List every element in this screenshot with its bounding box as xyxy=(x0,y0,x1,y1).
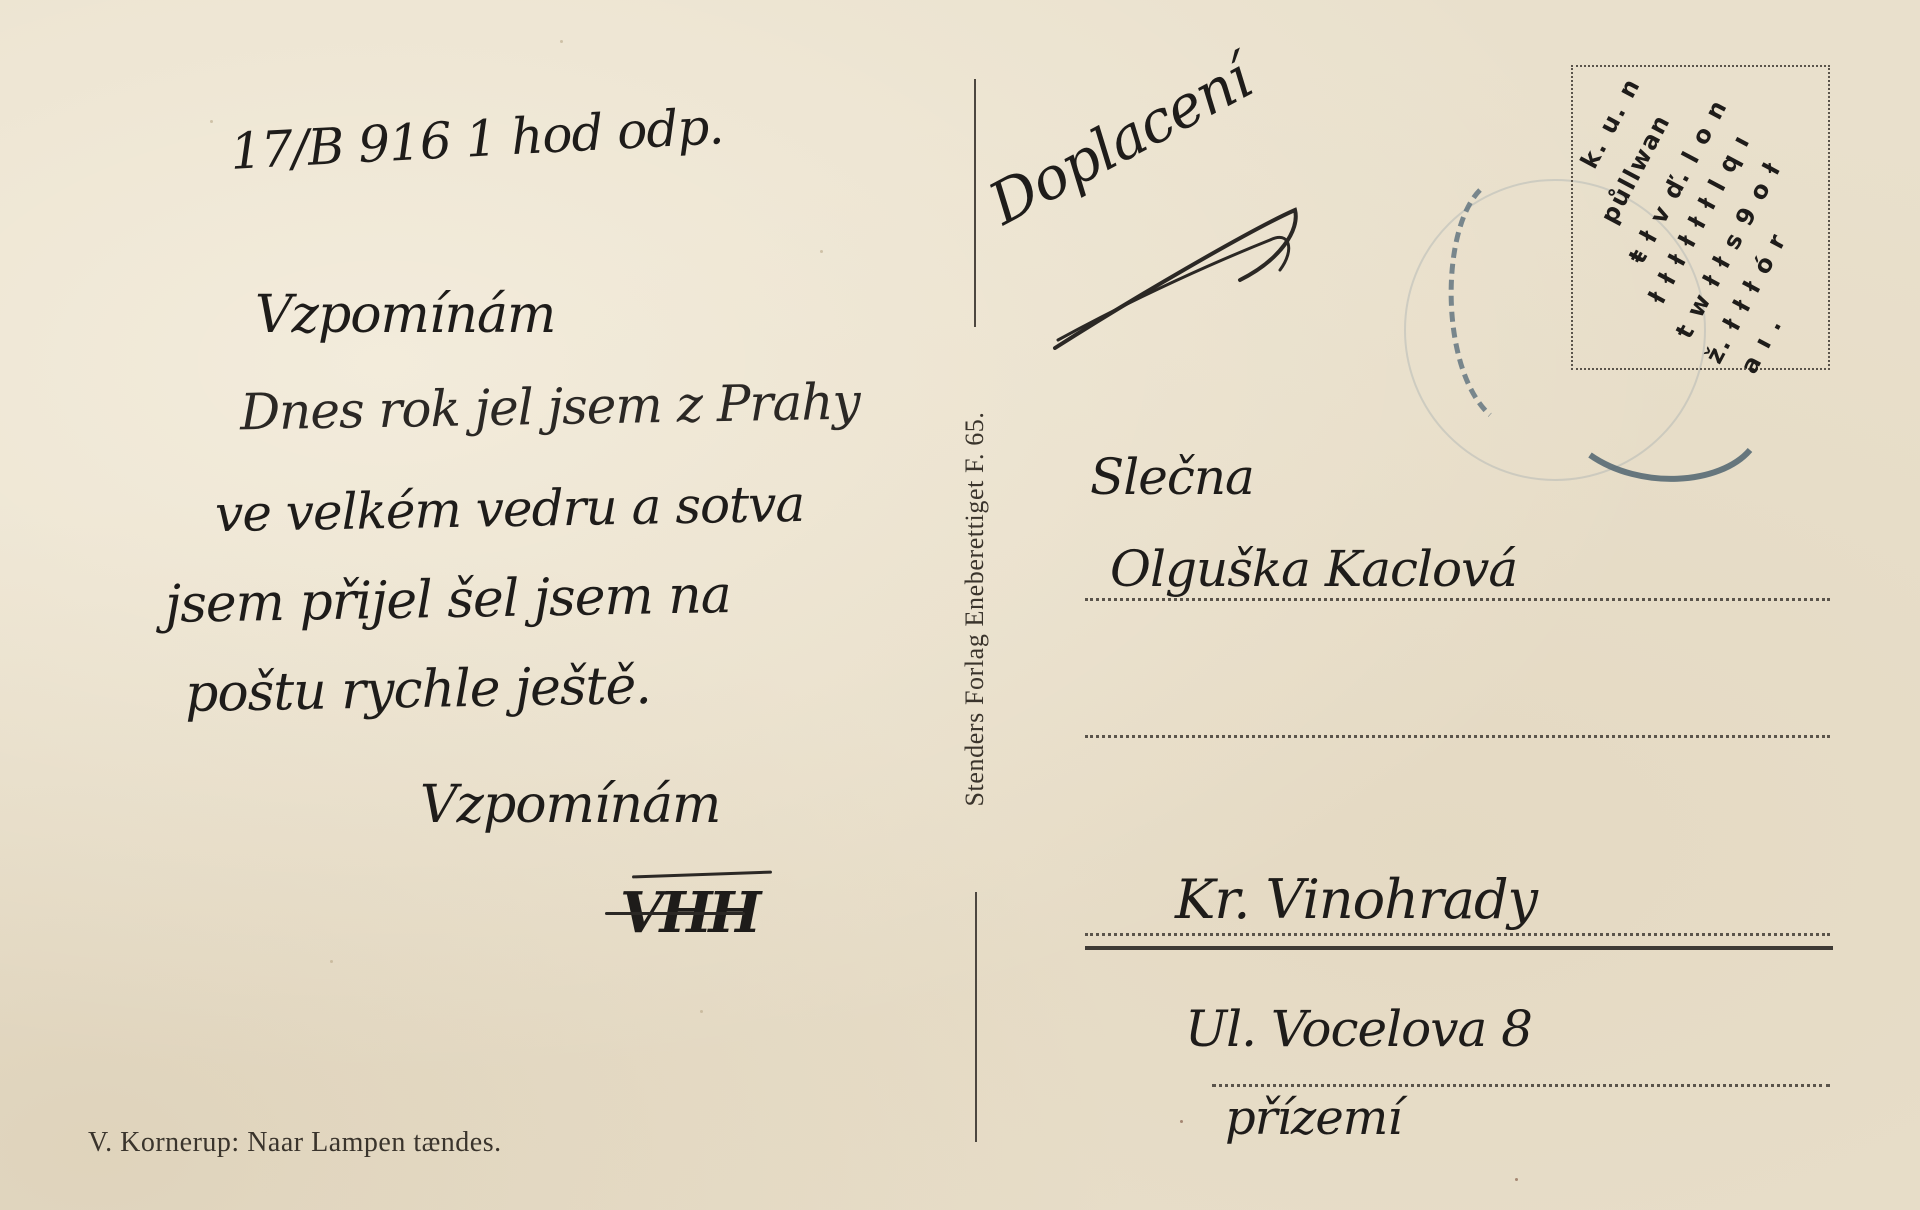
address-line xyxy=(1085,933,1830,936)
paper-speck xyxy=(210,120,213,123)
paper-speck xyxy=(700,1010,703,1013)
center-divider xyxy=(975,892,977,1142)
paper-speck xyxy=(1180,1120,1183,1123)
message-line-2: ve velkém vedru a sotva xyxy=(215,475,805,543)
message-closing: Vzpomínám xyxy=(420,775,720,835)
address-street: Ul. Vocelova 8 xyxy=(1185,1000,1532,1058)
message-line-4: poštu rychle ještě. xyxy=(185,656,652,724)
paper-speck xyxy=(1515,1178,1518,1181)
message-line-3: jsem přijel šel jsem na xyxy=(165,565,732,635)
message-line-1: Dnes rok jel jsem z Prahy xyxy=(240,373,861,442)
address-line xyxy=(1212,1084,1830,1087)
address-floor: přízemí xyxy=(1225,1090,1402,1146)
paper-speck xyxy=(560,40,563,43)
paper-speck xyxy=(330,960,333,963)
center-divider xyxy=(974,79,976,327)
signature-flourish xyxy=(632,871,772,879)
message-date: 17/B 916 1 hod odp. xyxy=(229,97,725,181)
address-city: Kr. Vinohrady xyxy=(1175,868,1537,931)
address-city-underline xyxy=(1085,946,1833,950)
address-line xyxy=(1085,598,1830,601)
postcard: 17/B 916 1 hod odp. Vzpomínám Dnes rok j… xyxy=(0,0,1920,1210)
message-greeting: Vzpomínám xyxy=(255,285,555,345)
address-recipient: Olguška Kaclová xyxy=(1110,540,1517,598)
stamp-area-note: k. u. n půllwan ŧ ł v ď. l o n ł ł ł ł ł… xyxy=(1575,80,1835,370)
postal-annotation-flourish-icon xyxy=(1050,200,1300,350)
printed-caption: V. Kornerup: Naar Lampen tændes. xyxy=(88,1127,502,1159)
signature-flourish xyxy=(605,912,745,915)
address-line xyxy=(1085,735,1830,738)
paper-speck xyxy=(820,250,823,253)
publisher-imprint: Stenders Forlag Eneberettiget F. 65. xyxy=(960,412,990,807)
address-salutation: Slečna xyxy=(1090,448,1254,506)
